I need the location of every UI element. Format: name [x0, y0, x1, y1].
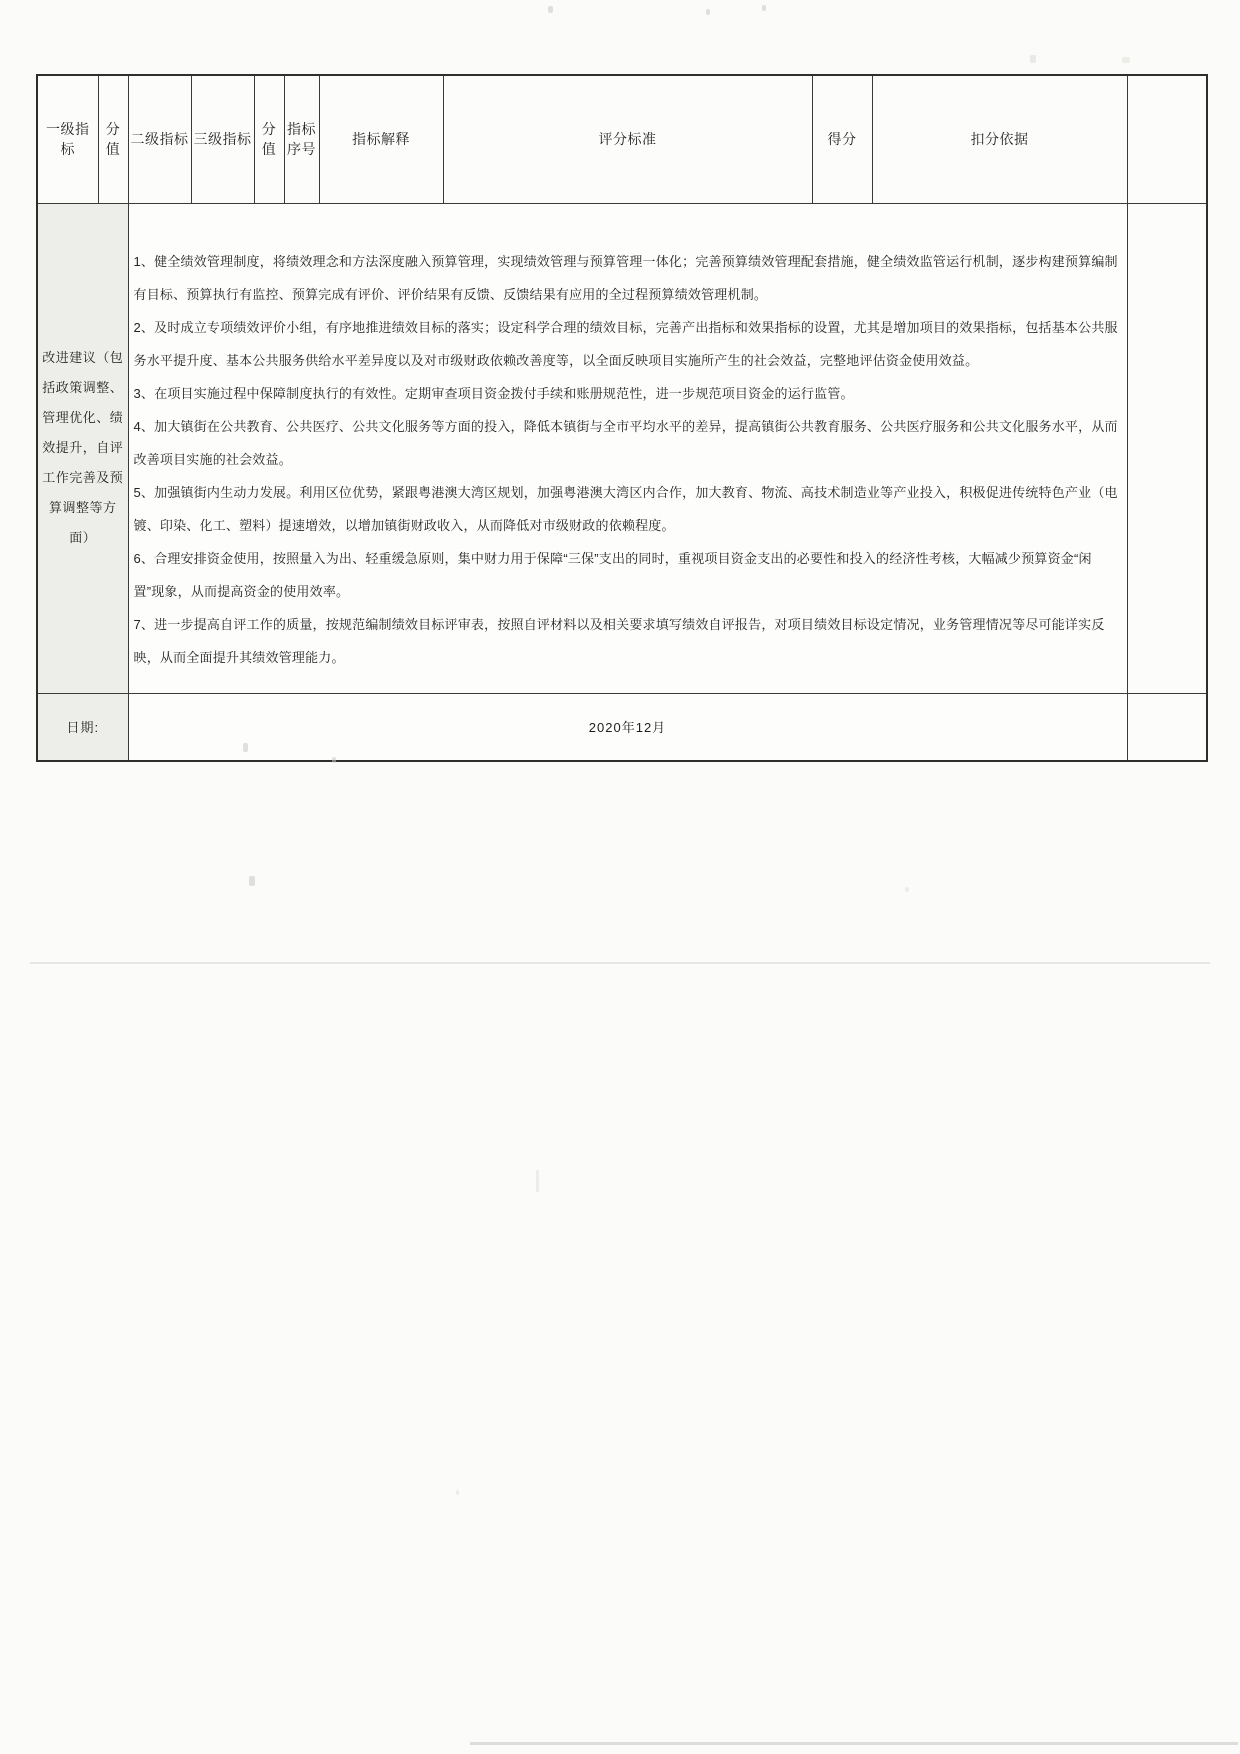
empty-tail-cell — [1127, 693, 1207, 761]
performance-evaluation-table: 一级指标 分值 二级指标 三级指标 分值 指标序号 指标解释 评分标准 得分 扣… — [36, 74, 1208, 762]
improvement-suggestions-row: 改进建议（包括政策调整、管理优化、绩效提升，自评工作完善及预算调整等方面） 1、… — [37, 203, 1207, 693]
date-label-cell: 日期: — [37, 693, 128, 761]
header-level3-indicator: 三级指标 — [191, 75, 254, 203]
scan-artifact — [1122, 57, 1130, 63]
scan-artifact — [30, 962, 1210, 964]
header-score-value-2: 分值 — [254, 75, 284, 203]
scan-artifact — [470, 1742, 1238, 1745]
table-header-row: 一级指标 分值 二级指标 三级指标 分值 指标序号 指标解释 评分标准 得分 扣… — [37, 75, 1207, 203]
scan-artifact — [456, 1490, 459, 1495]
scan-artifact — [548, 6, 553, 13]
header-level1-indicator: 一级指标 — [37, 75, 98, 203]
suggestion-item-1: 1、健全绩效管理制度，将绩效理念和方法深度融入预算管理，实现绩效管理与预算管理一… — [134, 245, 1121, 311]
header-deduction-basis: 扣分依据 — [872, 75, 1127, 203]
suggestion-item-7: 7、进一步提高自评工作的质量，按规范编制绩效目标评审表，按照自评材料以及相关要求… — [134, 608, 1121, 674]
scan-artifact — [536, 1170, 539, 1192]
suggestions-cell: 1、健全绩效管理制度，将绩效理念和方法深度融入预算管理，实现绩效管理与预算管理一… — [128, 203, 1127, 693]
header-indicator-explanation: 指标解释 — [319, 75, 443, 203]
improvement-label-cell: 改进建议（包括政策调整、管理优化、绩效提升，自评工作完善及预算调整等方面） — [37, 203, 128, 693]
header-score-value-1: 分值 — [98, 75, 128, 203]
scan-artifact — [905, 887, 909, 892]
date-row: 日期: 2020年12月 — [37, 693, 1207, 761]
scan-artifact — [1030, 55, 1036, 63]
header-score-obtained: 得分 — [812, 75, 872, 203]
suggestion-item-2: 2、及时成立专项绩效评价小组，有序地推进绩效目标的落实；设定科学合理的绩效目标，… — [134, 311, 1121, 377]
date-value-cell: 2020年12月 — [128, 693, 1127, 761]
suggestion-item-4: 4、加大镇街在公共教育、公共医疗、公共文化服务等方面的投入，降低本镇街与全市平均… — [134, 410, 1121, 476]
header-empty-cell — [1127, 75, 1207, 203]
header-scoring-standard: 评分标准 — [443, 75, 812, 203]
scan-artifact — [706, 9, 710, 15]
header-level2-indicator: 二级指标 — [128, 75, 191, 203]
scan-artifact — [762, 5, 766, 11]
header-indicator-number: 指标序号 — [284, 75, 319, 203]
suggestion-item-5: 5、加强镇街内生动力发展。利用区位优势，紧跟粤港澳大湾区规划，加强粤港澳大湾区内… — [134, 476, 1121, 542]
empty-tail-cell — [1127, 203, 1207, 693]
scanned-document-page: 一级指标 分值 二级指标 三级指标 分值 指标序号 指标解释 评分标准 得分 扣… — [0, 0, 1240, 1754]
improvement-label: 改进建议（包括政策调整、管理优化、绩效提升，自评工作完善及预算调整等方面） — [41, 343, 125, 553]
scan-artifact — [249, 876, 255, 886]
suggestion-item-3: 3、在项目实施过程中保障制度执行的有效性。定期审查项目资金拨付手续和账册规范性，… — [134, 377, 1121, 410]
suggestion-item-6: 6、合理安排资金使用，按照量入为出、轻重缓急原则，集中财力用于保障“三保”支出的… — [134, 542, 1121, 608]
